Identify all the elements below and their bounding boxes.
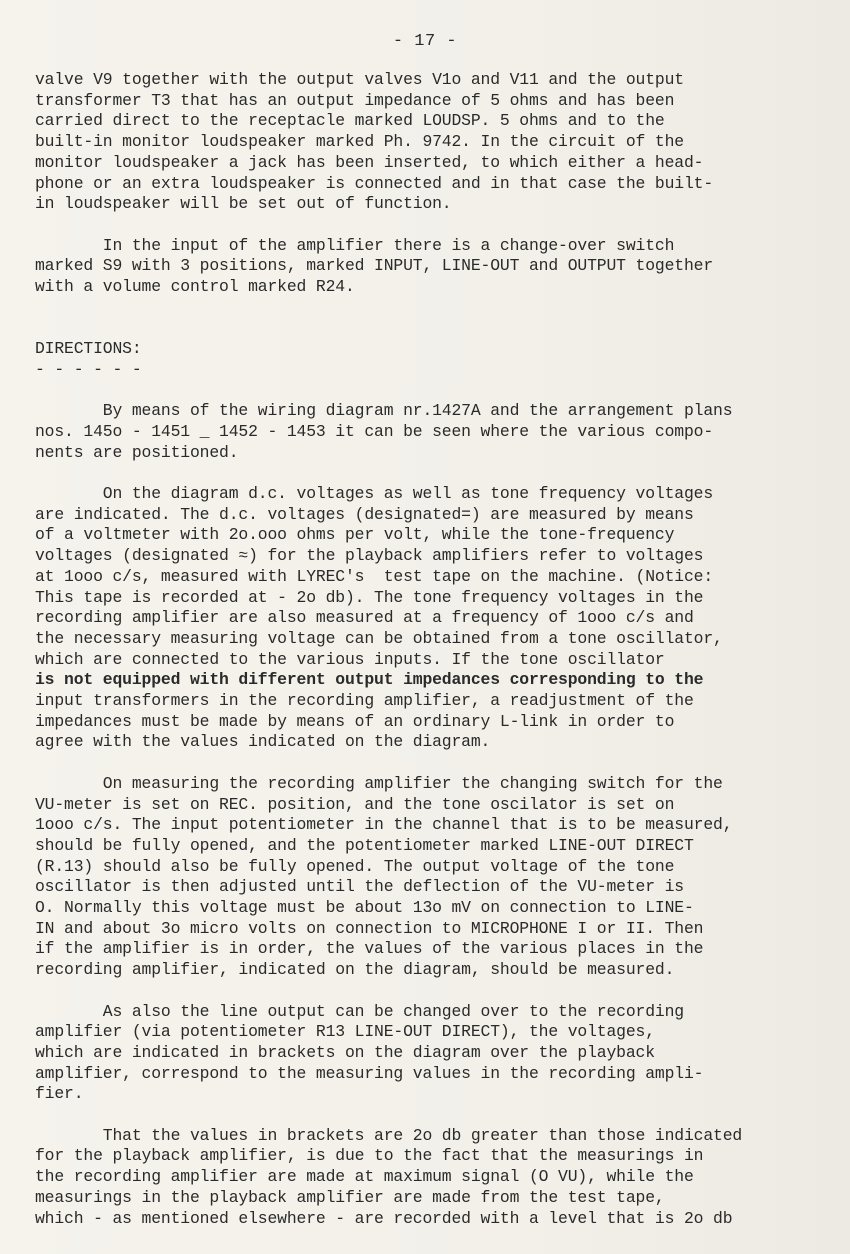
text-line: which are connected to the various input… [35,650,845,671]
text-line: O. Normally this voltage must be about 1… [35,898,845,919]
text-line: (R.13) should also be fully opened. The … [35,857,845,878]
paragraph-brackets: That the values in brackets are 2o db gr… [35,1126,845,1230]
text-line: amplifier, correspond to the measuring v… [35,1064,845,1085]
text-line: On measuring the recording amplifier the… [35,774,845,795]
paragraph-line-output: As also the line output can be changed o… [35,1002,845,1106]
body-text: valve V9 together with the output valves… [35,70,845,1229]
text-line: carried direct to the receptacle marked … [35,111,845,132]
text-line: impedances must be made by means of an o… [35,712,845,733]
text-line: nents are positioned. [35,443,845,464]
text-line: input transformers in the recording ampl… [35,691,845,712]
text-line: should be fully opened, and the potentio… [35,836,845,857]
text-line: This tape is recorded at - 2o db). The t… [35,588,845,609]
text-line: On the diagram d.c. voltages as well as … [35,484,845,505]
directions-heading: DIRECTIONS: - - - - - - [35,339,845,380]
paragraph-voltages: On the diagram d.c. voltages as well as … [35,484,845,753]
text-line: transformer T3 that has an output impeda… [35,91,845,112]
text-line: are indicated. The d.c. voltages (design… [35,505,845,526]
text-line: built-in monitor loudspeaker marked Ph. … [35,132,845,153]
text-line: recording amplifier, indicated on the di… [35,960,845,981]
text-line: In the input of the amplifier there is a… [35,236,845,257]
text-line: VU-meter is set on REC. position, and th… [35,795,845,816]
text-line: which - as mentioned elsewhere - are rec… [35,1209,845,1230]
text-line: in loudspeaker will be set out of functi… [35,194,845,215]
paragraph-gap [35,381,845,402]
text-line: marked S9 with 3 positions, marked INPUT… [35,256,845,277]
paragraph-gap [35,463,845,484]
document-page: - 17 - valve V9 together with the output… [0,0,850,1254]
text-line: the necessary measuring voltage can be o… [35,629,845,650]
text-line: of a voltmeter with 2o.ooo ohms per volt… [35,525,845,546]
text-line: phone or an extra loudspeaker is connect… [35,174,845,195]
paragraph-wiring-diagram: By means of the wiring diagram nr.1427A … [35,401,845,463]
heading-underline: - - - - - - [35,360,845,381]
text-line: at 1ooo c/s, measured with LYREC's test … [35,567,845,588]
text-line: nos. 145o - 1451 _ 1452 - 1453 it can be… [35,422,845,443]
text-line: fier. [35,1084,845,1105]
text-line: for the playback amplifier, is due to th… [35,1146,845,1167]
text-line: monitor loudspeaker a jack has been inse… [35,153,845,174]
text-line: By means of the wiring diagram nr.1427A … [35,401,845,422]
page-number: - 17 - [0,32,850,51]
text-line: the recording amplifier are made at maxi… [35,1167,845,1188]
paragraph-gap [35,298,845,339]
text-line: which are indicated in brackets on the d… [35,1043,845,1064]
text-line: is not equipped with different output im… [35,670,845,691]
text-line: That the values in brackets are 2o db gr… [35,1126,845,1147]
text-line: valve V9 together with the output valves… [35,70,845,91]
heading-text: DIRECTIONS: [35,339,845,360]
text-line: oscillator is then adjusted until the de… [35,877,845,898]
paragraph-gap [35,1105,845,1126]
text-line: recording amplifier are also measured at… [35,608,845,629]
text-line: if the amplifier is in order, the values… [35,939,845,960]
text-line: As also the line output can be changed o… [35,1002,845,1023]
text-line: IN and about 3o micro volts on connectio… [35,919,845,940]
paragraph-gap [35,215,845,236]
paragraph-recording-amplifier: On measuring the recording amplifier the… [35,774,845,981]
paragraph-gap [35,981,845,1002]
text-line: agree with the values indicated on the d… [35,732,845,753]
text-line: measurings in the playback amplifier are… [35,1188,845,1209]
paragraph-gap [35,753,845,774]
text-line: 1ooo c/s. The input potentiometer in the… [35,815,845,836]
text-line: with a volume control marked R24. [35,277,845,298]
text-line: amplifier (via potentiometer R13 LINE-OU… [35,1022,845,1043]
paragraph-output-stage: valve V9 together with the output valves… [35,70,845,215]
paragraph-input-switch: In the input of the amplifier there is a… [35,236,845,298]
text-line: voltages (designated ≈) for the playback… [35,546,845,567]
